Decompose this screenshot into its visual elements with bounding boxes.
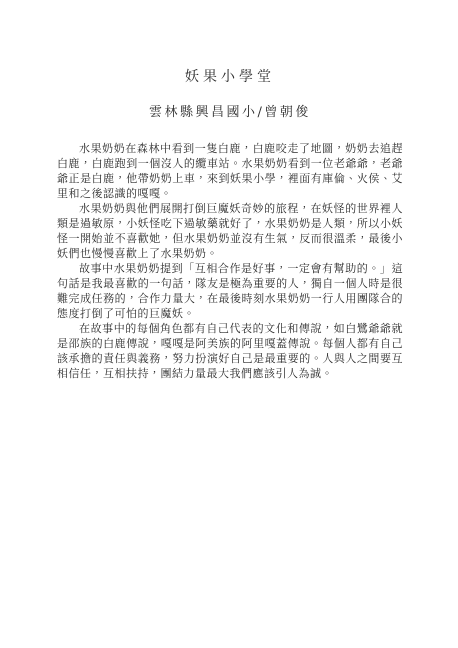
paragraph-1: 水果奶奶在森林中看到一隻白鹿，白鹿咬走了地圖，奶奶去追趕白鹿，白鹿跑到一個沒人的… xyxy=(57,141,403,201)
paragraph-3: 故事中水果奶奶提到「互相合作是好事，一定會有幫助的。」這句話是我最喜歡的一句話，… xyxy=(57,261,403,321)
paragraph-2: 水果奶奶與他們展開打倒巨魔妖奇妙的旅程，在妖怪的世界裡人類是過敏原，小妖怪吃下過… xyxy=(57,201,403,261)
document-body: 水果奶奶在森林中看到一隻白鹿，白鹿咬走了地圖，奶奶去追趕白鹿，白鹿跑到一個沒人的… xyxy=(57,141,403,381)
document-page: 妖果小學堂 雲林縣興昌國小/曾朝俊 水果奶奶在森林中看到一隻白鹿，白鹿咬走了地圖… xyxy=(0,0,458,648)
paragraph-4: 在故事中的每個角色都有自己代表的文化和傳說，如白鷺爺爺就是邵族的白鹿傳說，嘎嘎是… xyxy=(57,321,403,381)
document-byline: 雲林縣興昌國小/曾朝俊 xyxy=(57,101,403,120)
document-title: 妖果小學堂 xyxy=(57,66,403,86)
